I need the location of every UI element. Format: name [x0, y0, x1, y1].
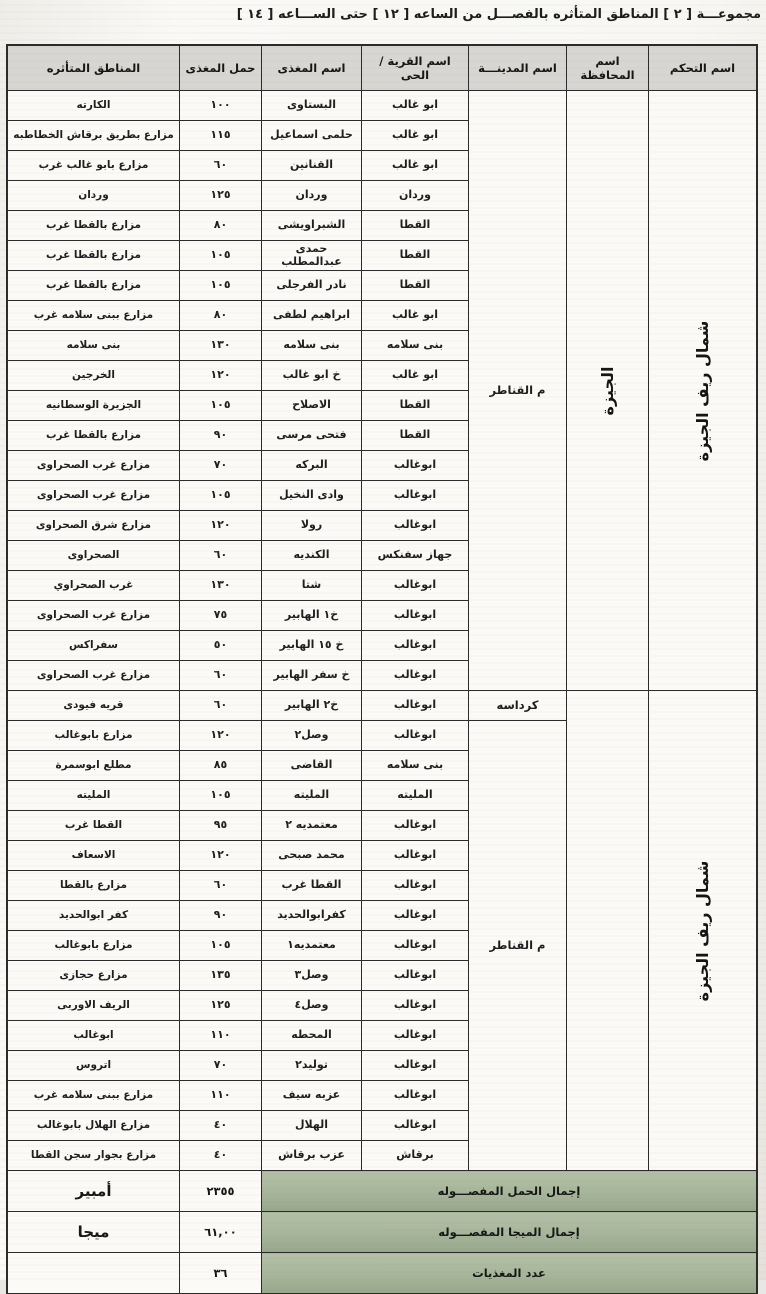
- areas-cell: غرب الصحراوي: [8, 571, 180, 601]
- feeder-cell: حمدى عبدالمطلب: [262, 241, 362, 271]
- village-cell: ابوغالب: [362, 601, 469, 631]
- areas-cell: الصحراوى: [8, 541, 180, 571]
- feeder-cell: ابراهيم لطفى: [262, 301, 362, 331]
- feeder-cell: شتا: [262, 571, 362, 601]
- feeder-cell: عزب برقاش: [262, 1141, 362, 1171]
- village-cell: ابوغالب: [362, 691, 469, 721]
- summary-unit-cell: ميجا: [8, 1212, 180, 1253]
- village-cell: ابوغالب: [362, 451, 469, 481]
- outage-table: اسم التحكم اسم المحافظة اسم المدينـــة ا…: [7, 45, 757, 1280]
- village-cell: بنى سلامه: [362, 751, 469, 781]
- summary-row: عدد المغذيات٣٦: [8, 1253, 757, 1281]
- feeder-cell: خ ١٥ الهابير: [262, 631, 362, 661]
- village-cell: ابوغالب: [362, 1081, 469, 1111]
- scanned-page: مجموعـــة [ ٢ ] المناطق المتأثره بالفصــ…: [0, 0, 766, 1280]
- village-cell: ابوغالب: [362, 571, 469, 601]
- feeder-cell: القاضى: [262, 751, 362, 781]
- load-cell: ٤٠: [180, 1141, 262, 1171]
- feeder-cell: معتمديه ٢: [262, 811, 362, 841]
- village-cell: ابوغالب: [362, 631, 469, 661]
- city-cell: م القناطر: [469, 91, 567, 691]
- feeder-cell: الكنديه: [262, 541, 362, 571]
- village-cell: ابو غالب: [362, 151, 469, 181]
- city-cell: م القناطر: [469, 721, 567, 1171]
- village-cell: المليته: [362, 781, 469, 811]
- load-cell: ١٢٥: [180, 181, 262, 211]
- load-cell: ١٣٠: [180, 571, 262, 601]
- load-cell: ١١٠: [180, 1021, 262, 1051]
- feeder-cell: معتمديه١: [262, 931, 362, 961]
- village-cell: برقاش: [362, 1141, 469, 1171]
- feeder-cell: الاصلاح: [262, 391, 362, 421]
- village-cell: القطا: [362, 391, 469, 421]
- col-header-governorate: اسم المحافظة: [567, 46, 649, 91]
- col-header-city: اسم المدينـــة: [469, 46, 567, 91]
- governorate-cell-label: الجيزة: [598, 366, 616, 415]
- village-cell: القطا: [362, 241, 469, 271]
- village-cell: ابوغالب: [362, 1111, 469, 1141]
- village-cell: القطا: [362, 421, 469, 451]
- summary-unit-cell: [8, 1253, 180, 1281]
- areas-cell: كفر ابوالحديد: [8, 901, 180, 931]
- areas-cell: الجزيرة الوسطانيه: [8, 391, 180, 421]
- col-header-load: حمل المغذى: [180, 46, 262, 91]
- summary-row: إجمال الحمل المفصـــوله٢٣٥٥أمبير: [8, 1171, 757, 1212]
- areas-cell: المليته: [8, 781, 180, 811]
- areas-cell: مزارع بالقطا غرب: [8, 241, 180, 271]
- village-cell: ابو غالب: [362, 361, 469, 391]
- feeder-cell: القنانين: [262, 151, 362, 181]
- village-cell: القطا: [362, 211, 469, 241]
- feeder-cell: كفرابوالحديد: [262, 901, 362, 931]
- areas-cell: مزارع غرب الصحراوى: [8, 451, 180, 481]
- village-cell: ابوغالب: [362, 901, 469, 931]
- areas-cell: اتروس: [8, 1051, 180, 1081]
- village-cell: ابو غالب: [362, 121, 469, 151]
- control-cell: شمال ريف الجيزة: [649, 691, 757, 1171]
- feeder-cell: وصل٢: [262, 721, 362, 751]
- village-cell: بنى سلامه: [362, 331, 469, 361]
- village-cell: ابوغالب: [362, 481, 469, 511]
- load-cell: ١١٥: [180, 121, 262, 151]
- load-cell: ١٣٠: [180, 331, 262, 361]
- load-cell: ٦٠: [180, 871, 262, 901]
- areas-cell: مزارع بالقطا غرب: [8, 421, 180, 451]
- village-cell: ابوغالب: [362, 961, 469, 991]
- load-cell: ١٣٥: [180, 961, 262, 991]
- load-cell: ١٠٠: [180, 91, 262, 121]
- areas-cell: مزارع شرق الصحراوى: [8, 511, 180, 541]
- load-cell: ٥٠: [180, 631, 262, 661]
- control-cell: شمال ريف الجيزة: [649, 91, 757, 691]
- col-header-areas: المناطق المتأثره: [8, 46, 180, 91]
- feeder-cell: المليته: [262, 781, 362, 811]
- feeder-cell: نادر الفرجلى: [262, 271, 362, 301]
- feeder-cell: وصل٤: [262, 991, 362, 1021]
- summary-label-cell: عدد المغذيات: [262, 1253, 757, 1281]
- control-cell-label: شمال ريف الجيزة: [693, 860, 711, 1001]
- feeder-cell: فتحى مرسى: [262, 421, 362, 451]
- load-cell: ٧٠: [180, 451, 262, 481]
- village-cell: ابوغالب: [362, 511, 469, 541]
- city-cell: كرداسه: [469, 691, 567, 721]
- village-cell: ابوغالب: [362, 811, 469, 841]
- col-header-control: اسم التحكم: [649, 46, 757, 91]
- areas-cell: مزارع حجازى: [8, 961, 180, 991]
- governorate-cell: الجيزة: [567, 91, 649, 691]
- village-cell: ابو غالب: [362, 301, 469, 331]
- feeder-cell: البركه: [262, 451, 362, 481]
- col-header-village: اسم القرية / الحى: [362, 46, 469, 91]
- load-cell: ١٢٠: [180, 361, 262, 391]
- feeder-cell: رولا: [262, 511, 362, 541]
- feeder-cell: الهلال: [262, 1111, 362, 1141]
- village-cell: ابوغالب: [362, 1021, 469, 1051]
- load-cell: ٧٠: [180, 1051, 262, 1081]
- load-cell: ١١٠: [180, 1081, 262, 1111]
- village-cell: ابوغالب: [362, 991, 469, 1021]
- feeder-cell: البستاوى: [262, 91, 362, 121]
- load-cell: ١٠٥: [180, 271, 262, 301]
- summary-value-cell: ٣٦: [180, 1253, 262, 1281]
- feeder-cell: توليد٢: [262, 1051, 362, 1081]
- document-title: مجموعـــة [ ٢ ] المناطق المتأثره بالفصــ…: [6, 7, 761, 22]
- load-cell: ٧٥: [180, 601, 262, 631]
- load-cell: ٦٠: [180, 541, 262, 571]
- summary-label-cell: إجمال الحمل المفصـــوله: [262, 1171, 757, 1212]
- load-cell: ١٢٠: [180, 511, 262, 541]
- load-cell: ٩٥: [180, 811, 262, 841]
- feeder-cell: حلمى اسماعيل: [262, 121, 362, 151]
- areas-cell: مزارع غرب الصحراوى: [8, 481, 180, 511]
- feeder-cell: وادى النخيل: [262, 481, 362, 511]
- load-cell: ٨٥: [180, 751, 262, 781]
- load-cell: ١٠٥: [180, 241, 262, 271]
- village-cell: ابوغالب: [362, 661, 469, 691]
- summary-unit-cell: أمبير: [8, 1171, 180, 1212]
- feeder-cell: خ ابو غالب: [262, 361, 362, 391]
- load-cell: ١٢٠: [180, 841, 262, 871]
- table-summary: إجمال الحمل المفصـــوله٢٣٥٥أمبيرإجمال ال…: [8, 1171, 757, 1281]
- areas-cell: الاسعاف: [8, 841, 180, 871]
- village-cell: جهاز سفنكس: [362, 541, 469, 571]
- summary-value-cell: ٦١,٠٠: [180, 1212, 262, 1253]
- areas-cell: مزارع ببنى سلامه غرب: [8, 301, 180, 331]
- village-cell: ابوغالب: [362, 1051, 469, 1081]
- feeder-cell: وردان: [262, 181, 362, 211]
- village-cell: ابوغالب: [362, 871, 469, 901]
- feeder-cell: المحطه: [262, 1021, 362, 1051]
- areas-cell: الخرجين: [8, 361, 180, 391]
- areas-cell: وردان: [8, 181, 180, 211]
- table-row: شمال ريف الجيزةالجيزةم القناطرابو غالبال…: [8, 91, 757, 121]
- feeder-cell: وصل٣: [262, 961, 362, 991]
- load-cell: ٩٠: [180, 421, 262, 451]
- load-cell: ٨٠: [180, 211, 262, 241]
- areas-cell: مزارع بالقطا غرب: [8, 211, 180, 241]
- village-cell: القطا: [362, 271, 469, 301]
- load-cell: ١٠٥: [180, 781, 262, 811]
- areas-cell: مزارع بطريق برقاش الخطاطبه: [8, 121, 180, 151]
- areas-cell: مزارع بابوغالب: [8, 931, 180, 961]
- header-row: اسم التحكم اسم المحافظة اسم المدينـــة ا…: [8, 46, 757, 91]
- summary-value-cell: ٢٣٥٥: [180, 1171, 262, 1212]
- areas-cell: مزارع غرب الصحراوى: [8, 601, 180, 631]
- load-cell: ١٢٥: [180, 991, 262, 1021]
- load-cell: ٩٠: [180, 901, 262, 931]
- areas-cell: القطا غرب: [8, 811, 180, 841]
- village-cell: ابو غالب: [362, 91, 469, 121]
- summary-row: إجمال الميجا المفصـــوله٦١,٠٠ميجا: [8, 1212, 757, 1253]
- load-cell: ١٠٥: [180, 481, 262, 511]
- load-cell: ١٠٥: [180, 931, 262, 961]
- areas-cell: مزارع بجوار سجن القطا: [8, 1141, 180, 1171]
- areas-cell: سفراكس: [8, 631, 180, 661]
- feeder-cell: عزبه سيف: [262, 1081, 362, 1111]
- control-cell-label: شمال ريف الجيزة: [693, 320, 711, 461]
- load-cell: ٦٠: [180, 661, 262, 691]
- load-cell: ٦٠: [180, 691, 262, 721]
- table-body: شمال ريف الجيزةالجيزةم القناطرابو غالبال…: [8, 91, 757, 1171]
- areas-cell: مزارع ببنى سلامه غرب: [8, 1081, 180, 1111]
- village-cell: ابوغالب: [362, 931, 469, 961]
- table-row: شمال ريف الجيزةكرداسهابوغالبخ٢ الهابير٦٠…: [8, 691, 757, 721]
- feeder-cell: بنى سلامه: [262, 331, 362, 361]
- village-cell: ابوغالب: [362, 721, 469, 751]
- areas-cell: الكارته: [8, 91, 180, 121]
- feeder-cell: القطا غرب: [262, 871, 362, 901]
- village-cell: ابوغالب: [362, 841, 469, 871]
- areas-cell: مزارع بابو غالب غرب: [8, 151, 180, 181]
- areas-cell: مزارع الهلال بابوغالب: [8, 1111, 180, 1141]
- governorate-cell: [567, 691, 649, 1171]
- village-cell: وردان: [362, 181, 469, 211]
- areas-cell: مزارع بالقطا غرب: [8, 271, 180, 301]
- load-cell: ١٠٥: [180, 391, 262, 421]
- feeder-cell: خ٢ الهابير: [262, 691, 362, 721]
- feeder-cell: خ سفر الهابير: [262, 661, 362, 691]
- areas-cell: الريف الاوربى: [8, 991, 180, 1021]
- load-cell: ١٢٠: [180, 721, 262, 751]
- areas-cell: مطلع ابوسمرة: [8, 751, 180, 781]
- load-cell: ٦٠: [180, 151, 262, 181]
- feeder-cell: خ١ الهابير: [262, 601, 362, 631]
- load-cell: ٨٠: [180, 301, 262, 331]
- areas-cell: مزارع بابوغالب: [8, 721, 180, 751]
- areas-cell: مزارع بالقطا: [8, 871, 180, 901]
- feeder-cell: محمد صبحى: [262, 841, 362, 871]
- feeder-cell: الشبراويشى: [262, 211, 362, 241]
- summary-label-cell: إجمال الميجا المفصـــوله: [262, 1212, 757, 1253]
- load-cell: ٤٠: [180, 1111, 262, 1141]
- areas-cell: قريه فيودى: [8, 691, 180, 721]
- areas-cell: بنى سلامه: [8, 331, 180, 361]
- col-header-feeder: اسم المغذى: [262, 46, 362, 91]
- areas-cell: ابوغالب: [8, 1021, 180, 1051]
- areas-cell: مزارع غرب الصحراوى: [8, 661, 180, 691]
